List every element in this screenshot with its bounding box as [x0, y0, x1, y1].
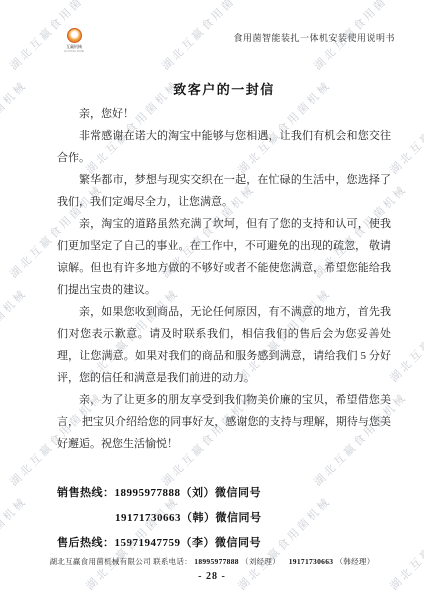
watermark-text: 湖北互赢食用菌机械 — [386, 285, 424, 385]
letter-section: 致客户的一封信 亲，您好！非常感谢在诺大的淘宝中能够与您相遇，让我们有机会和您交… — [57, 82, 391, 455]
footer-phone-1-name: （刘经理） — [241, 557, 280, 566]
footer-contact-label: 联系电话： — [153, 557, 192, 566]
footer-phone-2: 19171730663 — [289, 557, 334, 566]
letter-paragraph: 繁华都市，梦想与现实交织在一起，在忙碌的生活中，您选择了我们，我们定竭尽全力，让… — [57, 169, 391, 213]
letter-title: 致客户的一封信 — [57, 82, 391, 98]
letter-body: 亲，您好！非常感谢在诺大的淘宝中能够与您相遇，让我们有机会和您交往合作。繁华都市… — [57, 103, 391, 455]
footer-phone-1: 18995977888 — [194, 557, 239, 566]
hotline-row: 19171730663（韩）微信同号 — [57, 506, 391, 531]
watermark-text: 湖北互赢食用菌机械 — [0, 77, 30, 177]
document-title: 食用菌智能装扎一体机安装使用说明书 — [233, 31, 395, 44]
letter-paragraph: 亲，如果您收到商品，无论任何原因，有不满意的地方，首先我们对您表示歉意。请及时联… — [57, 301, 391, 389]
page-number: - 28 - — [0, 571, 424, 582]
letter-paragraph: 亲，您好！ — [57, 103, 391, 125]
footer-contact-line: 湖北互赢食用菌机械有限公司 联系电话： 18995977888 （刘经理） 19… — [0, 556, 424, 567]
company-logo: 互赢机械 HUYING JIXIE — [61, 28, 87, 53]
letter-paragraph: 非常感谢在诺大的淘宝中能够与您相遇，让我们有机会和您交往合作。 — [57, 125, 391, 169]
hotline-row: 售后热线：15971947759（李）微信同号 — [57, 531, 391, 556]
letter-paragraph: 亲，淘宝的道路虽然充满了坎坷，但有了您的支持和认可，使我们更加坚定了自己的事业。… — [57, 213, 391, 301]
footer-phone-2-name: （韩经理） — [336, 557, 375, 566]
letter-paragraph: 亲，为了让更多的朋友享受到我们物美价廉的宝贝，希望借您美言， 把宝贝介绍给您的同… — [57, 389, 391, 455]
footer-company: 湖北互赢食用菌机械有限公司 — [49, 557, 150, 566]
hotline-row: 销售热线：18995977888（刘）微信同号 — [57, 481, 391, 506]
hotlines-section: 销售热线：18995977888（刘）微信同号19171730663（韩）微信同… — [57, 481, 391, 556]
logo-subtext: HUYING JIXIE — [61, 49, 87, 53]
logo-emblem-icon — [67, 28, 82, 43]
watermark-text: 湖北互赢食用菌机械 — [0, 285, 30, 385]
watermark-text: 湖北互赢食用菌机械 — [6, 0, 106, 73]
watermark-text: 湖北互赢食用菌机械 — [386, 77, 424, 177]
manual-page: 互赢机械 HUYING JIXIE 食用菌智能装扎一体机安装使用说明书 致客户的… — [0, 0, 424, 600]
